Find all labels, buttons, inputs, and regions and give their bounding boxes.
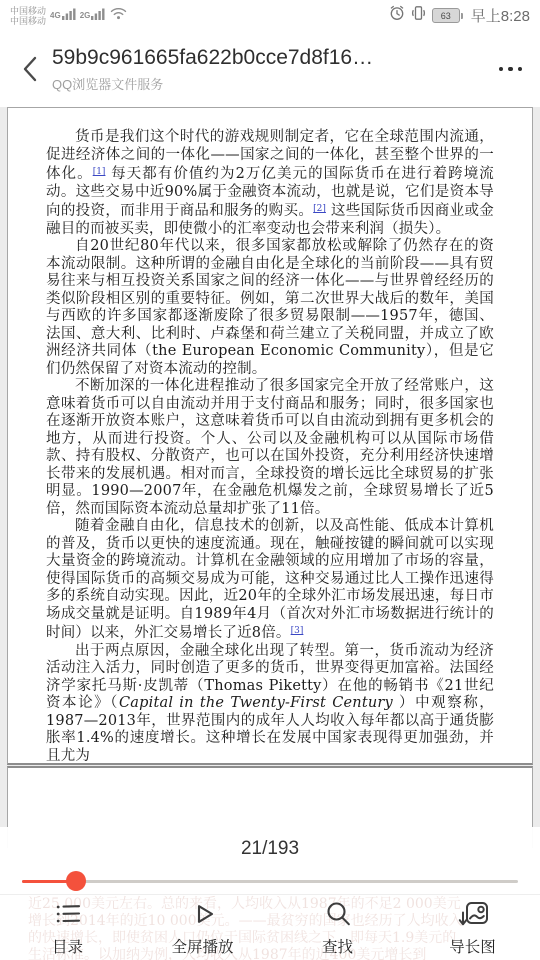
toc-label: 目录 (52, 935, 83, 957)
search-icon (323, 899, 353, 934)
back-button[interactable] (12, 44, 48, 94)
more-menu-button[interactable] (493, 57, 529, 82)
export-long-image-label: 导长图 (449, 935, 496, 957)
italic-title: Capital in the Twenty-First Century (119, 695, 393, 711)
paragraph: 随着金融自由化，信息技术的创新，以及高性能、低成本计算机的普及，货币以更快的速度… (46, 518, 494, 643)
footnote-marker: [1] (93, 167, 106, 177)
paragraph: 自20世纪80年代以来，很多国家都放松或解除了仍然存在的资本流动限制。这种所谓的… (46, 238, 494, 378)
signal-bars-icon (91, 7, 105, 25)
bottom-toolbar: 近25 000美元左右。总的来看，人均收入从1987年的不足2 000美元增长到… (0, 894, 540, 960)
header-titles: 59b9c961665fa622b0cce7d8f16… QQ浏览器文件服务 (52, 46, 493, 93)
document-page-21: 货币是我们这个时代的游戏规则制定者，它在全球范围内流通，促进经济体之间的一体化—… (7, 107, 533, 765)
vibrate-icon (411, 5, 426, 26)
file-source-subtitle: QQ浏览器文件服务 (52, 74, 493, 93)
network-type-label-1: 4G (50, 11, 61, 20)
clock-time: 早上8:28 (471, 5, 530, 26)
find-label: 查找 (322, 935, 353, 957)
slider-thumb[interactable] (66, 871, 86, 891)
signal-bars-icon (62, 7, 76, 25)
status-bar: 中国移动 中国移动 4G 2G (0, 0, 540, 31)
header-bar: 59b9c961665fa622b0cce7d8f16… QQ浏览器文件服务 (0, 31, 540, 107)
carrier-name-2: 中国移动 (10, 16, 46, 26)
network-type-label-2: 2G (80, 11, 91, 20)
document-text: 货币是我们这个时代的游戏规则制定者，它在全球范围内流通，促进经济体之间的一体化—… (8, 108, 532, 765)
wifi-icon (110, 7, 127, 25)
status-left: 中国移动 中国移动 4G 2G (10, 6, 127, 26)
export-long-image-icon (457, 899, 489, 934)
more-dot (518, 67, 523, 72)
find-button[interactable]: 查找 (303, 899, 373, 957)
toc-button[interactable]: 目录 (33, 899, 103, 957)
battery-icon: 63 (432, 8, 463, 23)
fullscreen-play-button[interactable]: 全屏播放 (168, 899, 238, 957)
paragraph: 货币是我们这个时代的游戏规则制定者，它在全球范围内流通，促进经济体之间的一体化—… (46, 129, 494, 238)
alarm-icon (389, 5, 405, 26)
carrier-name-1: 中国移动 (10, 6, 46, 16)
reader-controls-overlay: 21/193 近25 000美元左右。总的来看，人均收入从1987年的不足2 0… (0, 827, 540, 960)
paragraph: 出于两点原因，金融全球化出现了转型。第一，货币流动为经济活动注入活力，同时创造了… (46, 643, 494, 766)
paragraph: 不断加深的一体化进程推动了很多国家完全开放了经常账户，这意味着货币可以自由流动并… (46, 378, 494, 518)
export-long-image-button[interactable]: 导长图 (438, 899, 508, 957)
file-title: 59b9c961665fa622b0cce7d8f16… (52, 46, 493, 70)
toc-list-icon (53, 899, 83, 934)
app-screen: 中国移动 中国移动 4G 2G (0, 0, 540, 960)
fullscreen-play-icon (188, 899, 218, 934)
progress-slider[interactable] (22, 871, 518, 891)
slider-track[interactable] (22, 880, 518, 883)
signal-group-1: 4G (50, 7, 76, 25)
more-dot (508, 67, 513, 72)
carrier-labels: 中国移动 中国移动 (10, 6, 46, 26)
status-right: 63 早上8:28 (389, 5, 530, 26)
page-indicator: 21/193 (0, 827, 540, 860)
battery-percent: 63 (441, 11, 451, 21)
fullscreen-play-label: 全屏播放 (171, 935, 233, 957)
more-dot (499, 67, 504, 72)
footnote-marker: [2] (313, 204, 326, 214)
signal-group-2: 2G (80, 7, 106, 25)
footnote-marker: [3] (291, 626, 304, 636)
